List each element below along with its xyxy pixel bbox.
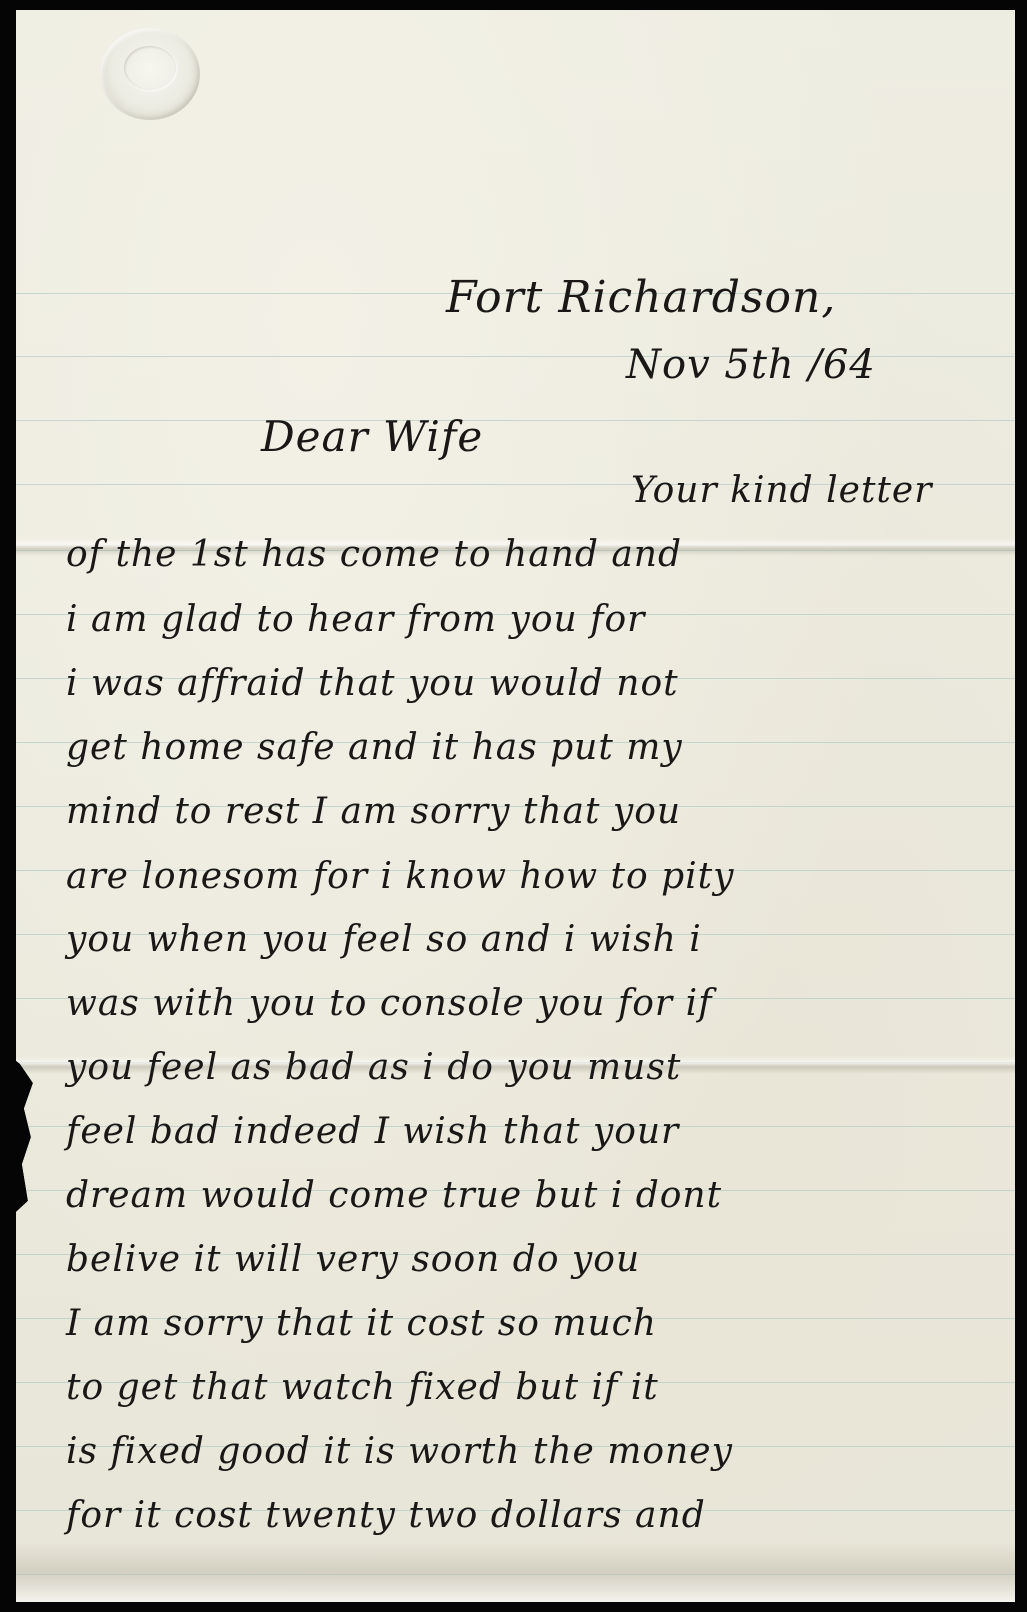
- body-line: you when you feel so and i wish i: [66, 919, 702, 960]
- body-line: Your kind letter: [631, 470, 932, 511]
- body-line: are lonesom for i know how to pity: [66, 856, 734, 897]
- body-line: you feel as bad as i do you must: [66, 1047, 681, 1088]
- body-line: for it cost twenty two dollars and: [66, 1495, 706, 1536]
- body-line: is fixed good it is worth the money: [66, 1431, 733, 1472]
- ruled-line: [16, 420, 1015, 421]
- body-line: dream would come true but i dont: [66, 1175, 722, 1216]
- seal-center: [124, 46, 176, 90]
- body-line: of the 1st has come to hand and: [66, 534, 682, 575]
- salutation: Dear Wife: [261, 412, 483, 461]
- body-line: feel bad indeed I wish that your: [66, 1111, 679, 1152]
- embossed-seal-icon: [100, 28, 200, 120]
- body-line: i am glad to hear from you for: [66, 599, 645, 640]
- letter-place: Fort Richardson,: [446, 272, 836, 323]
- letter-page: Fort Richardson, Nov 5th /64 Dear Wife Y…: [16, 10, 1015, 1602]
- body-line: was with you to console you for if: [66, 983, 712, 1024]
- body-line: mind to rest I am sorry that you: [66, 791, 681, 832]
- body-line: get home safe and it has put my: [66, 727, 683, 768]
- body-line: i was affraid that you would not: [66, 663, 679, 704]
- body-line: belive it will very soon do you: [66, 1239, 640, 1280]
- bottom-shadow: [16, 1542, 1015, 1602]
- letter-date: Nov 5th /64: [626, 342, 876, 388]
- body-line: to get that watch fixed but if it: [66, 1367, 659, 1408]
- body-line: I am sorry that it cost so much: [66, 1303, 657, 1344]
